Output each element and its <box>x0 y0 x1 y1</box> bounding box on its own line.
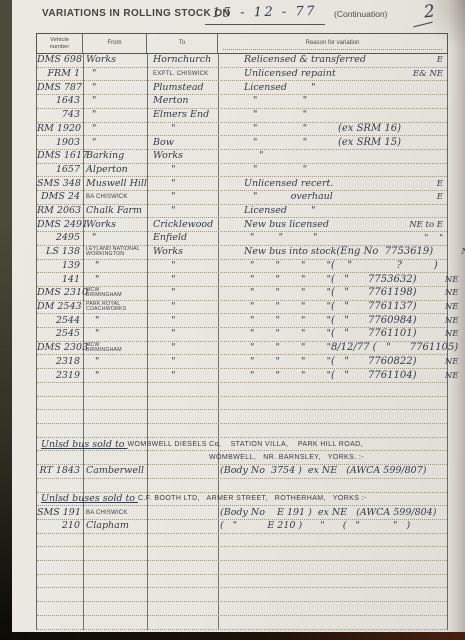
table-row: RM 1920 " " " "(ex SRM 16) <box>37 123 447 137</box>
from-cell: " <box>83 371 147 381</box>
table-row: 743 "Elmers End " " <box>37 109 447 123</box>
table-row: DMS 24BA CHISWICK " " overhaulE <box>37 191 447 205</box>
table-row: SMS 348Muswell Hill "Unlicensed recert.E <box>37 177 447 191</box>
from-cell: Works <box>83 55 147 65</box>
section-note-row: Unlsd bus sold to WOMBWELL DIESELS Co, S… <box>37 438 447 452</box>
reason-text: " " " " <box>218 275 331 285</box>
reason-cell: " " " "( " 7761104)NE <box>218 371 462 381</box>
reason-text: " " " <box>218 233 318 243</box>
status-text: NE <box>422 357 460 367</box>
section-note-printed: C.F. BOOTH LTD, ARMER STREET, ROTHERHAM,… <box>138 495 367 502</box>
reason-cell: " " "" " <box>218 233 447 243</box>
table-row: DMS 787 "PlumsteadLicensed " <box>37 81 447 95</box>
vehicle-cell: 210 <box>37 521 83 531</box>
vehicle-cell: 2545 <box>37 329 83 339</box>
table-row: SMS 191BA CHISWICK(Body No E 191 ) ex NE… <box>37 506 447 520</box>
vehicle-cell: FRM 1 <box>37 69 83 79</box>
date-underline <box>205 24 325 25</box>
note-text: (ex SRM 16) <box>338 124 401 134</box>
table-row: DMS 698WorksHornchurchRelicensed & trans… <box>37 54 447 68</box>
reason-cell: " "(ex SRM 16) <box>218 124 447 134</box>
reason-cell: " " " "8/12/77 ( " 7761105)NE <box>218 343 465 353</box>
from-cell: " <box>83 261 147 271</box>
vehicle-cell: 139 <box>37 261 83 271</box>
to-cell: Enfield <box>147 233 218 243</box>
to-cell: Plumstead <box>147 83 218 93</box>
table-body: DMS 698WorksHornchurchRelicensed & trans… <box>36 54 448 630</box>
reason-cell: " " " "( " 7760822)NE <box>218 357 462 367</box>
vehicle-cell: RT 1843 <box>37 466 83 476</box>
from-cell: " <box>83 69 147 79</box>
note-text: ( " 7760822) <box>331 357 417 367</box>
vehicle-cell: RM 1920 <box>37 124 83 134</box>
from-cell: " <box>83 83 147 93</box>
vehicle-cell: 2319 <box>37 371 83 381</box>
to-cell: " <box>147 343 218 353</box>
to-cell: " <box>147 179 218 189</box>
note-text: ( " 7761137) <box>331 302 417 312</box>
to-cell: " <box>147 288 218 298</box>
reason-cell: (Body No E 191 ) ex NE (AWCA 599/804) <box>218 508 465 518</box>
to-cell: " <box>147 124 218 134</box>
from-cell: Camberwell <box>83 466 147 476</box>
status-text: NE <box>444 261 465 271</box>
to-cell: Works <box>147 151 218 161</box>
vehicle-cell: DMS 2491 <box>37 220 83 230</box>
reason-cell: " " <box>218 110 447 120</box>
reason-cell: Licensed " <box>218 83 447 93</box>
vehicle-cell: DMS 698 <box>37 55 83 65</box>
to-cell: " <box>147 165 218 175</box>
table-row: 2545 " " " " " "( " 7761101)NE <box>37 328 447 342</box>
table-row <box>37 534 447 548</box>
reason-cell: Unlicensed repaintE& NE <box>218 69 447 79</box>
status-text: E <box>407 192 445 202</box>
table-row: DMS 2491WorksCricklewoodNew bus licensed… <box>37 218 447 232</box>
to-cell: Bow <box>147 138 218 148</box>
from-cell: LEYLAND NATIONAL WORKINGTON <box>83 247 147 258</box>
reason-cell: " " " "( " 7760984)NE <box>218 316 462 326</box>
to-cell: Merton <box>147 96 218 106</box>
to-cell: " <box>147 329 218 339</box>
note-text: ( " 7753632) <box>331 275 417 285</box>
from-cell: " <box>83 275 147 285</box>
note-text: (ex SRM 15) <box>338 138 401 148</box>
column-header-to: To <box>147 34 218 53</box>
table-row: 2318 " " " " " "( " 7760822)NE <box>37 355 447 369</box>
from-cell: MCW BIRMINGHAM <box>83 288 147 299</box>
table-row <box>37 602 447 616</box>
scanned-document-page: VARIATIONS IN ROLLING STOCK ON 15 - 12 -… <box>0 0 465 640</box>
table-row <box>37 479 447 493</box>
to-cell: Works <box>147 247 218 257</box>
from-cell: " <box>83 110 147 120</box>
variations-table: Vehicle number From To Reason for variat… <box>36 33 448 630</box>
from-cell: Alperton <box>83 165 147 175</box>
vehicle-cell: 1903 <box>37 138 83 148</box>
table-row: 210Clapham( " E 210 ) " ( " " ) <box>37 520 447 534</box>
to-cell: " <box>147 192 218 202</box>
status-text: NE <box>422 302 460 312</box>
to-cell: Elmers End <box>147 110 218 120</box>
vehicle-cell: DMS 24 <box>37 192 83 202</box>
vehicle-cell: 141 <box>37 275 83 285</box>
reason-text: Licensed " <box>218 206 316 216</box>
section-note-printed: WOMBWELL, NR. BARNSLEY, YORKS. :- <box>209 454 364 461</box>
from-cell: " <box>83 138 147 148</box>
note-text: ( " 7760984) <box>331 316 417 326</box>
from-cell: BA CHISWICK <box>83 192 147 202</box>
table-row: 1643 "Merton " " <box>37 95 447 109</box>
status-text: E <box>407 55 445 65</box>
reason-cell: New bus into stock(Eng No 7753619)NE <box>218 247 465 257</box>
vehicle-cell: RM 2063 <box>37 206 83 216</box>
table-row: FRM 1 "EXPTL. CHISWICKUnlicensed repaint… <box>37 68 447 82</box>
scan-edge-left <box>0 0 12 640</box>
vehicle-cell: LS 138 <box>37 247 83 257</box>
from-cell: Clapham <box>83 521 147 531</box>
reason-cell: " <box>218 151 447 161</box>
vehicle-cell: DMS 2310 <box>37 288 83 298</box>
status-text: NE <box>439 247 465 257</box>
from-cell: " <box>83 357 147 367</box>
to-cell: " <box>147 316 218 326</box>
date-value: 15 - 12 - 77 <box>212 4 317 21</box>
reason-text: (Body No E 191 ) ex NE (AWCA 599/804) <box>218 508 436 518</box>
reason-cell: Unlicensed recert.E <box>218 179 447 189</box>
column-header-from: From <box>83 34 147 53</box>
reason-cell: " " <box>218 96 447 106</box>
table-row: 2495 "Enfield " " "" " <box>37 232 447 246</box>
from-cell: " <box>83 316 147 326</box>
to-cell: " <box>147 261 218 271</box>
reason-cell: New bus licensedNE to E <box>218 220 447 230</box>
table-row: 2544 " " " " " "( " 7760984)NE <box>37 314 447 328</box>
from-cell: Barking <box>83 151 147 161</box>
status-text: " " <box>407 233 445 243</box>
vehicle-cell: SMS 191 <box>37 508 83 518</box>
table-row <box>37 424 447 438</box>
continuation-label: (Continuation) <box>334 9 387 19</box>
reason-text: " overhaul <box>218 192 333 202</box>
reason-text: " " " " <box>218 261 331 271</box>
reason-cell: Relicensed & transferredE <box>218 55 447 65</box>
reason-cell: " " " "( " 7761101)NE <box>218 329 462 339</box>
table-row: DM 2543PARK ROYAL COACHWORKS " " " " "( … <box>37 301 447 315</box>
vehicle-cell: DMS 2303 <box>37 343 83 353</box>
reason-text: " " " " <box>218 316 331 326</box>
from-cell: Works <box>83 220 147 230</box>
reason-text: " " <box>218 124 307 134</box>
table-row: 139 " " " " " "( " ? )NE <box>37 260 447 274</box>
note-text: ( " 7761198) <box>331 288 417 298</box>
table-header-row: Vehicle number From To Reason for variat… <box>36 33 448 54</box>
table-row <box>37 616 447 630</box>
table-row: 1903 "Bow " "(ex SRM 15) <box>37 136 447 150</box>
reason-text: Unlicensed repaint <box>218 69 336 79</box>
to-cell: Hornchurch <box>147 55 218 65</box>
table-row <box>37 588 447 602</box>
from-cell: " <box>83 233 147 243</box>
table-row: 141 " " " " " "( " 7753632)NE <box>37 273 447 287</box>
status-text: NE <box>422 275 460 285</box>
table-row <box>37 547 447 561</box>
reason-cell: " " <box>218 165 447 175</box>
vehicle-cell: 743 <box>37 110 83 120</box>
vehicle-cell: 2544 <box>37 316 83 326</box>
to-cell: EXPTL. CHISWICK <box>147 69 218 79</box>
reason-cell: " overhaulE <box>218 192 447 202</box>
table-row <box>37 410 447 424</box>
reason-text: Relicensed & transferred <box>218 55 366 65</box>
reason-text: " " <box>218 110 307 120</box>
reason-text: " " " " <box>218 329 331 339</box>
note-text: 8/12/77 ( " 7761105) <box>331 343 458 353</box>
column-header-reason: Reason for variation <box>218 34 447 53</box>
section-note-row: WOMBWELL, NR. BARNSLEY, YORKS. :- <box>37 451 447 465</box>
reason-cell: ( " E 210 ) " ( " " ) <box>218 521 450 531</box>
reason-text: " " " " <box>218 343 331 353</box>
table-row: 1657Alperton " " " <box>37 164 447 178</box>
from-cell: " <box>83 329 147 339</box>
from-cell: BA CHISWICK <box>83 508 147 518</box>
from-cell: Chalk Farm <box>83 206 147 216</box>
to-cell: Cricklewood <box>147 220 218 230</box>
reason-text: " " " " <box>218 302 331 312</box>
status-text: NE to E <box>407 220 445 230</box>
reason-cell: " "(ex SRM 15) <box>218 138 447 148</box>
reason-text: (Body No 3754 ) ex NE (AWCA 599/807) <box>218 466 426 476</box>
table-row: DMS 1617BarkingWorks " <box>37 150 447 164</box>
status-text: NE <box>422 371 460 381</box>
to-cell: " <box>147 357 218 367</box>
reason-text: ( " E 210 ) " ( " " ) <box>218 521 410 531</box>
table-row: RT 1843Camberwell(Body No 3754 ) ex NE (… <box>37 465 447 479</box>
section-note-handwritten: Unlsd buses sold to <box>41 493 138 504</box>
reason-text: Unlicensed recert. <box>218 179 333 189</box>
table-row: RM 2063Chalk Farm "Licensed " <box>37 205 447 219</box>
reason-text: " " " " <box>218 357 331 367</box>
vehicle-cell: 1643 <box>37 96 83 106</box>
page-number: 2 <box>423 1 436 22</box>
from-cell: PARK ROYAL COACHWORKS <box>83 302 147 313</box>
note-text: ( " 7761101) <box>331 329 417 339</box>
vehicle-cell: DMS 1617 <box>37 151 83 161</box>
status-text: E <box>407 179 445 189</box>
reason-text: " " <box>218 138 307 148</box>
reason-text: Licensed " <box>218 83 316 93</box>
from-cell: Muswell Hill <box>83 179 147 189</box>
status-text: E& NE <box>407 69 445 79</box>
to-cell: " <box>147 371 218 381</box>
page-title: VARIATIONS IN ROLLING STOCK ON <box>42 8 230 19</box>
status-text: NE <box>422 316 460 326</box>
vehicle-cell: DMS 787 <box>37 83 83 93</box>
reason-cell: " " " "( " 7761198)NE <box>218 288 462 298</box>
reason-cell: " " " "( " 7753632)NE <box>218 275 462 285</box>
vehicle-cell: 2318 <box>37 357 83 367</box>
to-cell: " <box>147 206 218 216</box>
vehicle-cell: 1657 <box>37 165 83 175</box>
vehicle-cell: SMS 348 <box>37 179 83 189</box>
table-row <box>37 561 447 575</box>
status-text: NE <box>422 288 460 298</box>
reason-text: " <box>218 151 263 161</box>
reason-text: " " " " <box>218 371 331 381</box>
reason-text: " " <box>218 96 307 106</box>
table-row: LS 138LEYLAND NATIONAL WORKINGTONWorksNe… <box>37 246 447 260</box>
table-row <box>37 397 447 411</box>
reason-text: New bus into stock <box>218 247 336 257</box>
to-cell: " <box>147 302 218 312</box>
section-note-handwritten: Unlsd bus sold to <box>41 439 128 450</box>
table-row: DMS 2303MCW BIRMINGHAM " " " " "8/12/77 … <box>37 342 447 356</box>
reason-text: New bus licensed <box>218 220 329 230</box>
section-note-printed: WOMBWELL DIESELS Co, STATION VILLA, PARK… <box>128 441 363 448</box>
vehicle-cell: 2495 <box>37 233 83 243</box>
note-text: ( " 7761104) <box>331 371 417 381</box>
vehicle-cell: DM 2543 <box>37 302 83 312</box>
column-header-vehicle-number: Vehicle number <box>37 34 83 53</box>
reason-cell: " " " "( " ? )NE <box>218 261 465 271</box>
status-text: NE <box>422 329 460 339</box>
reason-cell: Licensed " <box>218 206 447 216</box>
table-row <box>37 383 447 397</box>
reason-text: " " " " <box>218 288 331 298</box>
reason-cell: (Body No 3754 ) ex NE (AWCA 599/807) <box>218 466 465 476</box>
table-row: 2319 " " " " " "( " 7761104)NE <box>37 369 447 383</box>
reason-cell: " " " "( " 7761137)NE <box>218 302 462 312</box>
table-row <box>37 575 447 589</box>
from-cell: MCW BIRMINGHAM <box>83 343 147 354</box>
to-cell: " <box>147 275 218 285</box>
table-row: DMS 2310MCW BIRMINGHAM " " " " "( " 7761… <box>37 287 447 301</box>
from-cell: " <box>83 96 147 106</box>
section-note-row: Unlsd buses sold to C.F. BOOTH LTD, ARME… <box>37 493 447 507</box>
note-text: (Eng No 7753619) <box>336 247 433 257</box>
reason-text: " " <box>218 165 307 175</box>
from-cell: " <box>83 124 147 134</box>
note-text: ( " ? ) <box>331 261 438 271</box>
